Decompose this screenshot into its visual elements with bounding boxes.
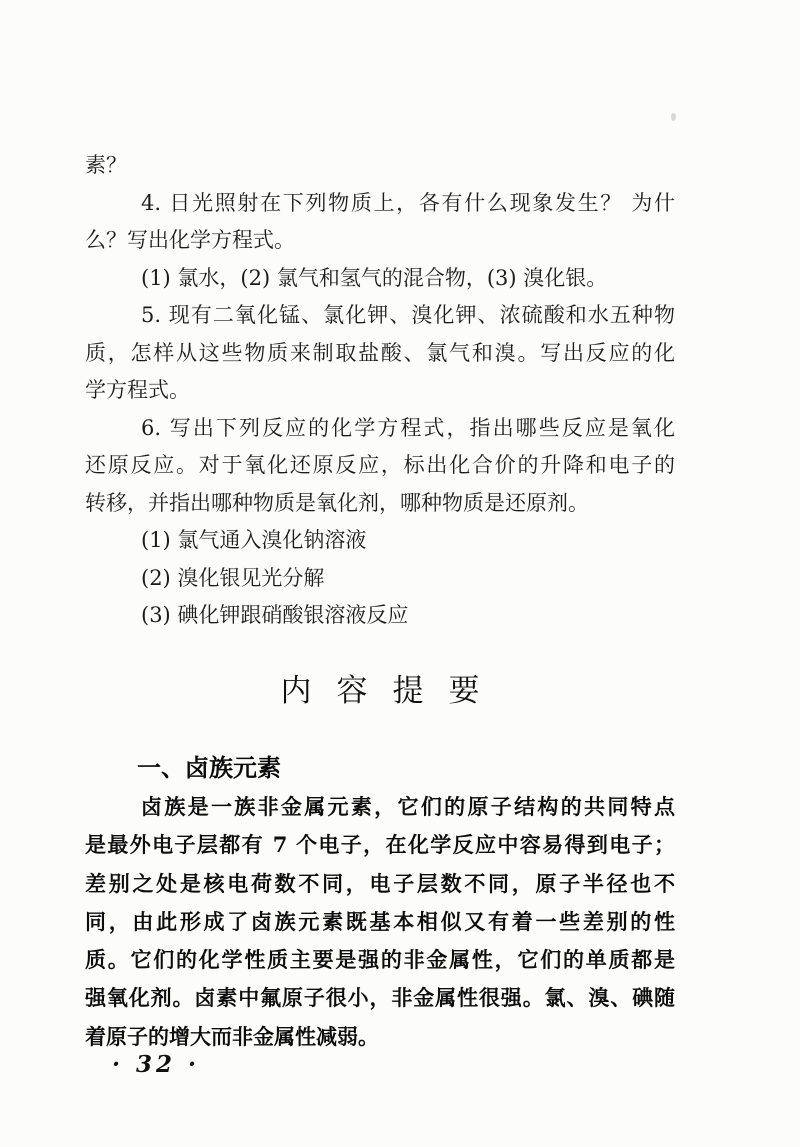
text-line: 4. 日光照射在下列物质上，各有什么现象发生？ 为什 [85,185,675,223]
exercise-section: 素？ 4. 日光照射在下列物质上，各有什么现象发生？ 为什 么？写出化学方程式。… [85,147,675,635]
page-number: · 32 · [112,1051,200,1078]
text-line: 6. 写出下列反应的化学方程式，指出哪些反应是氧化 [85,410,675,448]
section-heading: 内容提要 [85,668,675,719]
text-line: 同，由此形成了卤族元素既基本相似又有着一些差别的性 [85,903,675,941]
text-line: (3) 碘化钾跟硝酸银溶液反应 [85,597,675,635]
text-line: 差别之处是核电荷数不同，电子层数不同，原子半径也不 [85,865,675,903]
text-line: 学方程式。 [85,372,675,410]
text-line: (1) 氯气通入溴化钠溶液 [85,522,675,560]
section-heading-text: 内容提要 [281,673,505,709]
text-line: 质，怎样从这些物质来制取盐酸、氯气和溴。写出反应的化 [85,335,675,373]
text-line: 强氧化剂。卤素中氟原子很小，非金属性很强。氯、溴、碘随 [85,979,675,1017]
text-line: (2) 溴化银见光分解 [85,560,675,598]
text-line: 么？写出化学方程式。 [85,222,675,260]
text-line: 还原反应。对于氧化还原反应，标出化合价的升降和电子的 [85,447,675,485]
text-line: 5. 现有二氧化锰、氯化钾、溴化钾、浓硫酸和水五种物 [85,297,675,335]
summary-section: 一、卤族元素 卤族是一族非金属元素，它们的原子结构的共同特点 是最外电子层都有 … [85,749,675,1056]
text-line: 转移，并指出哪种物质是氧化剂，哪种物质是还原剂。 [85,485,675,523]
scan-artifact [671,113,676,121]
book-page: 素？ 4. 日光照射在下列物质上，各有什么现象发生？ 为什 么？写出化学方程式。… [0,0,800,1147]
subsection-title: 一、卤族元素 [85,749,675,788]
text-line: 是最外电子层都有 7 个电子，在化学反应中容易得到电子； [85,826,675,864]
text-line: (1) 氯水，(2) 氯气和氢气的混合物，(3) 溴化银。 [85,260,675,298]
text-line: 卤族是一族非金属元素，它们的原子结构的共同特点 [85,788,675,826]
text-line: 质。它们的化学性质主要是强的非金属性，它们的单质都是 [85,941,675,979]
text-line: 素？ [85,147,675,185]
